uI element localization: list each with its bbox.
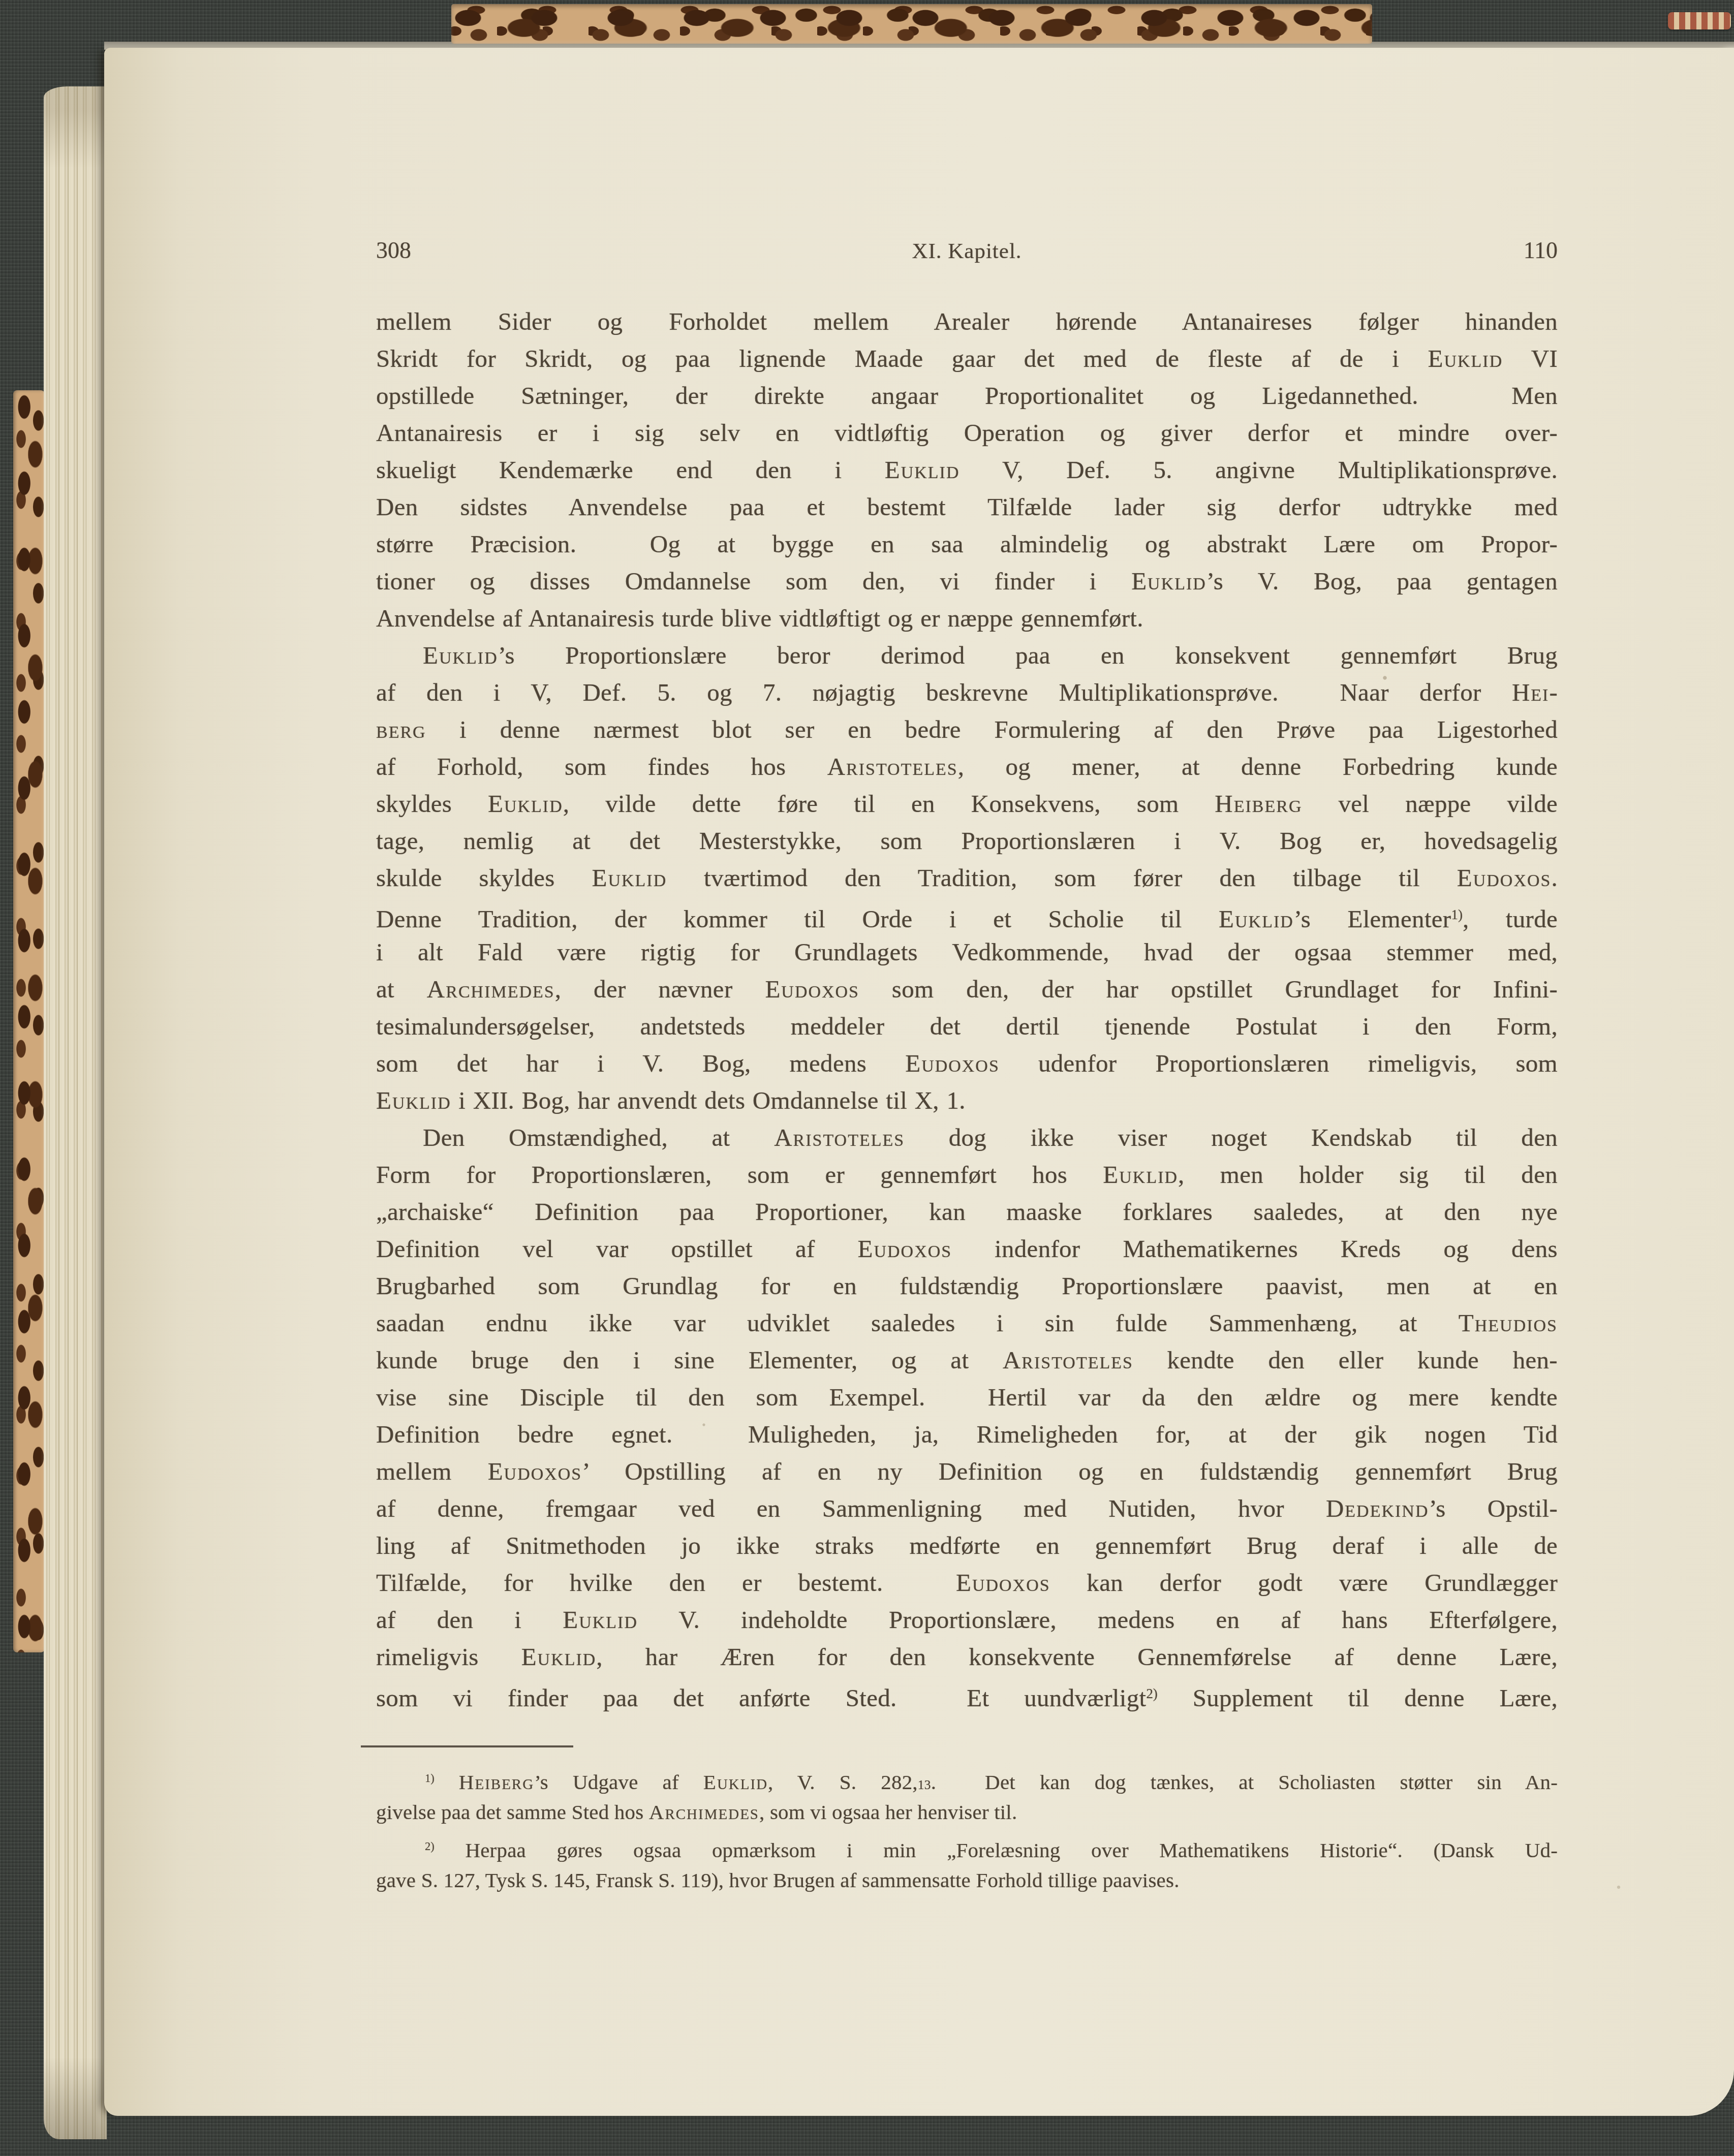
body-line: skyldes Euklid, vilde dette føre til en … [376,785,1558,822]
footnote-line: 1) Heiberg’s Udgave af Euklid, V. S. 282… [376,1761,1558,1795]
body-line: skueligt Kendemærke end den i Euklid V, … [376,451,1558,488]
body-line: af den i Euklid V. indeholdte Proportion… [376,1601,1558,1638]
body-line: „archaiske“ Definition paa Proportioner,… [376,1193,1558,1230]
body-line: Antanairesis er i sig selv en vidtløftig… [376,414,1558,451]
footnote-line: givelse paa det samme Sted hos Archimede… [376,1795,1558,1829]
body-line: skulde skyldes Euklid tværtimod den Trad… [376,859,1558,896]
body-line: Anvendelse af Antanairesis turde blive v… [376,600,1558,637]
body-paragraph: mellem Sider og Forholdet mellem Arealer… [376,303,1558,637]
body-line: som vi finder paa det anførte Sted. Et u… [376,1675,1558,1712]
footnote-line: gave S. 127, Tysk S. 145, Fransk S. 119)… [376,1863,1558,1897]
marbled-left-edge [13,390,45,1652]
body-line: mellem Eudoxos’ Opstilling af en ny Defi… [376,1453,1558,1490]
body-line: større Præcision. Og at bygge en saa alm… [376,525,1558,563]
body-line: opstillede Sætninger, der direkte angaar… [376,377,1558,414]
page-header: 308 XI. Kapitel. 110 [376,237,1558,264]
footnote-rule [361,1745,573,1747]
body-line: tioner og disses Omdannelse som den, vi … [376,563,1558,600]
body-line: vise sine Disciple til den som Exempel. … [376,1379,1558,1416]
body-line: berg i denne nærmest blot ser en bedre F… [376,711,1558,748]
body-line: Definition vel var opstillet af Eudoxos … [376,1230,1558,1267]
chapter-title: XI. Kapitel. [912,239,1021,264]
body-line: ling af Snitmethoden jo ikke straks medf… [376,1527,1558,1564]
body-line: som det har i V. Bog, medens Eudoxos ude… [376,1045,1558,1082]
page-stack-edges [44,86,107,2139]
body-line: af Forhold, som findes hos Aristoteles, … [376,748,1558,785]
body-line: Definition bedre egnet. Muligheden, ja, … [376,1416,1558,1453]
body-line: rimeligvis Euklid, har Æren for den kons… [376,1638,1558,1675]
body-line: tesimalundersøgelser, andetsteds meddele… [376,1008,1558,1045]
body-line: Denne Tradition, der kommer til Orde i e… [376,896,1558,933]
footnote: 2) Herpaa gøres ogsaa opmærksom i min „F… [376,1829,1558,1897]
body-line: tage, nemlig at det Mesterstykke, som Pr… [376,822,1558,859]
body-line: at Archimedes, der nævner Eudoxos som de… [376,971,1558,1008]
body-paragraph: Euklid’s Proportionslære beror derimod p… [376,637,1558,1119]
body-line: Tilfælde, for hvilke den er bestemt. Eud… [376,1564,1558,1601]
body-line: Form for Proportionslæren, som er gennem… [376,1156,1558,1193]
body-line: Brugbarhed som Grundlag for en fuldstænd… [376,1267,1558,1304]
page-number-left: 308 [376,237,508,264]
footnote-line: 2) Herpaa gøres ogsaa opmærksom i min „F… [376,1829,1558,1863]
body-text: mellem Sider og Forholdet mellem Arealer… [376,303,1558,1712]
body-line: kunde bruge den i sine Elementer, og at … [376,1341,1558,1379]
body-line: af den i V, Def. 5. og 7. nøjagtig beskr… [376,674,1558,711]
book-page: 308 XI. Kapitel. 110 mellem Sider og For… [104,48,1734,2116]
body-line: Euklid i XII. Bog, har anvendt dets Omda… [376,1082,1558,1119]
footnotes: 1) Heiberg’s Udgave af Euklid, V. S. 282… [376,1761,1558,1897]
book-photo: 308 XI. Kapitel. 110 mellem Sider og For… [0,0,1734,2156]
footnote: 1) Heiberg’s Udgave af Euklid, V. S. 282… [376,1761,1558,1829]
headband [1668,12,1731,29]
body-line: i alt Fald være rigtig for Grundlagets V… [376,933,1558,971]
body-line: Den Omstændighed, at Aristoteles dog ikk… [376,1119,1558,1156]
body-line: Den sidstes Anvendelse paa et bestemt Ti… [376,488,1558,525]
marbled-top-edge [451,4,1372,44]
body-line: saadan endnu ikke var udviklet saaledes … [376,1304,1558,1341]
body-line: af denne, fremgaar ved en Sammenligning … [376,1490,1558,1527]
body-paragraph: Den Omstændighed, at Aristoteles dog ikk… [376,1119,1558,1712]
body-line: Skridt for Skridt, og paa lignende Maade… [376,340,1558,377]
page-number-right: 110 [1426,237,1558,264]
body-line: Euklid’s Proportionslære beror derimod p… [376,637,1558,674]
body-line: mellem Sider og Forholdet mellem Arealer… [376,303,1558,340]
